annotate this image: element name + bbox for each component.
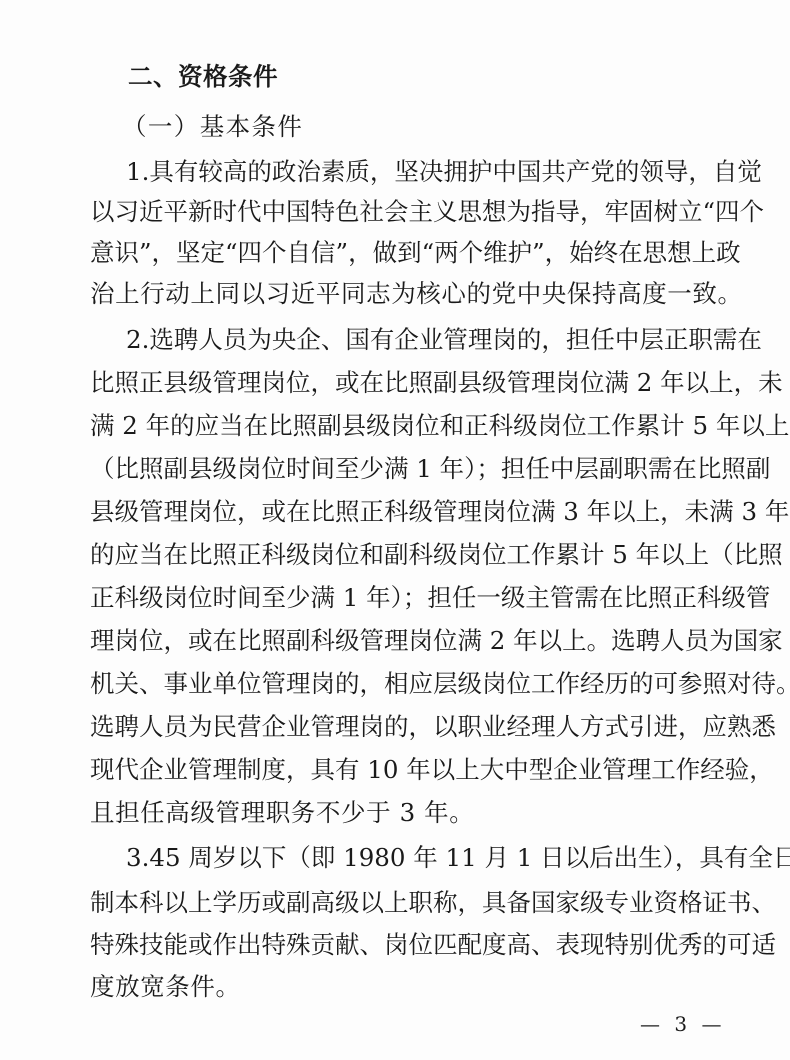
paragraph-line: 的应当在比照正科级岗位和副科级岗位工作累计 5 年以上（比照 xyxy=(90,540,710,570)
page-number: — 3 — xyxy=(640,1012,725,1036)
paragraph-line: 正科级岗位时间至少满 1 年）；担任一级主管需在比照正科级管 xyxy=(90,583,710,613)
paragraph-line: 以习近平新时代中国特色社会主义思想为指导，牢固树立“四个 xyxy=(90,197,710,227)
paragraph-line: 治上行动上同以习近平同志为核心的党中央保持高度一致。 xyxy=(90,279,710,309)
paragraph-line: 满 2 年的应当在比照副县级岗位和正科级岗位工作累计 5 年以上 xyxy=(90,411,710,441)
paragraph-line: 1.具有较高的政治素质，坚决拥护中国共产党的领导，自觉 xyxy=(126,157,711,187)
paragraph-line: 且担任高级管理职务不少于 3 年。 xyxy=(90,798,710,828)
paragraph-line: 特殊技能或作出特殊贡献、岗位匹配度高、表现特别优秀的可适 xyxy=(90,930,710,960)
paragraph-line: （比照副县级岗位时间至少满 1 年）；担任中层副职需在比照副 xyxy=(90,454,710,484)
paragraph-line: 制本科以上学历或副高级以上职称，具备国家级专业资格证书、 xyxy=(90,888,710,918)
paragraph-line: 意识”，坚定“四个自信”，做到“两个维护”，始终在思想上政 xyxy=(90,238,710,268)
paragraph-line: 县级管理岗位，或在比照正科级管理岗位满 3 年以上，未满 3 年 xyxy=(90,497,710,527)
paragraph-line: 理岗位，或在比照副科级管理岗位满 2 年以上。选聘人员为国家 xyxy=(90,626,710,656)
paragraph-line: 现代企业管理制度，具有 10 年以上大中型企业管理工作经验， xyxy=(90,755,710,785)
subsection-heading: （一）基本条件 xyxy=(122,112,742,142)
paragraph-line: 机关、事业单位管理岗的，相应层级岗位工作经历的可参照对待。 xyxy=(90,669,710,699)
paragraph-line: 3.45 周岁以下（即 1980 年 11 月 1 日以后出生），具有全日 xyxy=(126,843,711,873)
paragraph-line: 选聘人员为民营企业管理岗的，以职业经理人方式引进，应熟悉 xyxy=(90,712,710,742)
paragraph-line: 2.选聘人员为央企、国有企业管理岗的，担任中层正职需在 xyxy=(126,325,711,355)
paragraph-line: 度放宽条件。 xyxy=(90,972,710,1002)
document-page: 二、资格条件 （一）基本条件 1.具有较高的政治素质，坚决拥护中国共产党的领导，… xyxy=(0,0,790,1060)
paragraph-line: 比照正县级管理岗位，或在比照副县级管理岗位满 2 年以上，未 xyxy=(90,368,710,398)
section-heading: 二、资格条件 xyxy=(128,62,748,92)
